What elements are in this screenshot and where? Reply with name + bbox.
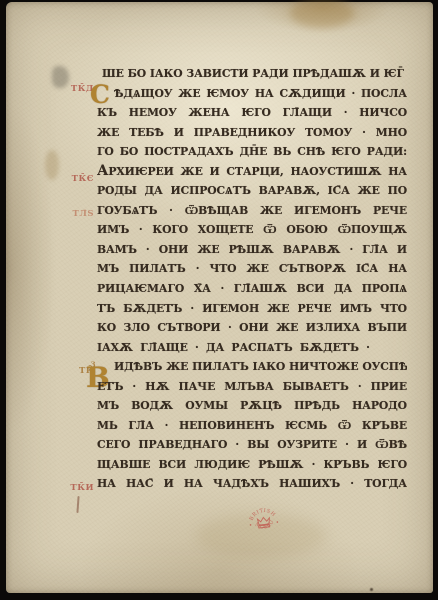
text-line: гоубѧтъ · ѿвѣщав же игемонъ рече: [97, 201, 407, 221]
text-line: же тебѣ и праведникоу томоу · мно: [97, 123, 407, 143]
section-label: тл̄ѕ: [73, 209, 94, 219]
stain: [45, 150, 59, 180]
text-line: идѣвъ же пилатъ іако ничтоже оуспѣ: [97, 357, 407, 377]
pen-stroke: [76, 496, 79, 513]
text-line: мь гл̄а · неповиненъ ѥсмь ѿ кръве: [97, 416, 407, 436]
stamp-dot: [250, 524, 252, 526]
text-line: рицаѥмаго х̄а · гл̄ашѫ вси да пропѧ: [97, 279, 407, 299]
text-line: мъ пилатъ · что же сътворѫ іс̄а на: [97, 259, 407, 279]
text-line: архиѥреи же и старци, наоустишѫ на: [97, 162, 407, 182]
text-line: ше бо іако зависти ради прѣдашѫ и ѥг̄ ·: [97, 64, 407, 84]
text-line: ко зло сътвори · они же излиха въпи: [97, 318, 407, 338]
text-line: етъ · нѫ паче млъва бываетъ · прие: [97, 377, 407, 397]
parchment-page: тк̄д тк̄є тл̄ѕ тк̄з тк̄и С В ше бо іако …: [6, 2, 433, 593]
british-museum-stamp: BRITISH MUSEUM: [246, 505, 281, 542]
text-line: сего праведнаго · вы оузрите · и ѿвѣ: [97, 435, 407, 455]
text-line: тъ бѫдетъ · игемон же рече имъ что: [97, 299, 407, 319]
text-line: щавше вси людиѥ рѣшѫ · кръвь ѥго: [97, 455, 407, 475]
stain: [290, 0, 354, 28]
speck: [370, 588, 373, 591]
text-line: на нас̄ и на чадѣхъ нашихъ · тогда: [97, 474, 407, 494]
stamp-dot: [276, 521, 278, 523]
text-line: вамъ · они же рѣшѫ варавѫ · гл̄а и: [97, 240, 407, 260]
margin-section-number: тк̄и: [58, 483, 94, 493]
manuscript-photo: тк̄д тк̄є тл̄ѕ тк̄з тк̄и С В ше бо іако …: [0, 0, 438, 600]
text-line: го бо пострадахъ дн̄е вь снѣ ѥго ради:: [97, 142, 407, 162]
text-line: роды да испросѧтъ варавѫ, іс̄а же по: [97, 181, 407, 201]
section-label: тк̄є: [72, 174, 94, 184]
margin-section-number: тк̄д: [58, 84, 94, 94]
text-line: ѣдѧщоу же ѥмоу на сѫдищи · посла: [97, 84, 407, 104]
section-label: тк̄и: [70, 483, 94, 493]
text-line: имъ · кого хощете ѿ обою ѿпоущѫ: [97, 220, 407, 240]
text-line: іахѫ гл̄аще · да распѧтъ бѫдетъ ·: [97, 338, 370, 358]
margin-section-number: тк̄є: [58, 174, 94, 184]
text-block: ше бо іако зависти ради прѣдашѫ и ѥг̄ · …: [97, 64, 407, 494]
text-line: къ немоу жена ѥго гл̄ащи · ничсо: [97, 103, 407, 123]
text-line: мъ водѫ оумы рѫцѣ прѣдь народо: [97, 396, 407, 416]
margin-section-number: тл̄ѕ: [58, 209, 94, 219]
